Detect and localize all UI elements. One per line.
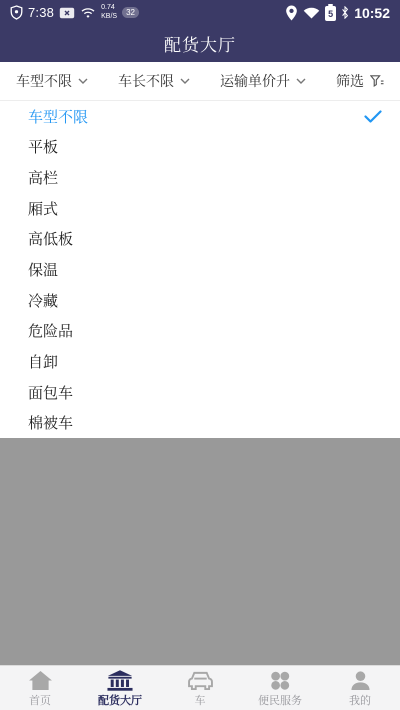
status-bar: 7:38 0.74 KB/S 32 5 [0, 0, 400, 25]
filter-price-sort-label: 运输单价升 [220, 71, 290, 91]
tab-profile[interactable]: 我的 [320, 666, 400, 710]
tab-label: 便民服务 [258, 692, 302, 708]
check-icon [364, 110, 382, 123]
car-icon [187, 670, 214, 691]
dropdown-item-quilt-truck[interactable]: 棉被车 [0, 407, 400, 438]
sim-card-icon [59, 7, 75, 19]
dropdown-item-label: 高低板 [28, 228, 73, 249]
dropdown-item-label: 高栏 [28, 167, 58, 188]
dropdown-item-refrigerated[interactable]: 冷藏 [0, 285, 400, 316]
filter-screen-button[interactable]: 筛选 [336, 71, 384, 91]
filter-vehicle-type-label: 车型不限 [16, 71, 72, 91]
status-time-left: 7:38 [28, 5, 54, 20]
tab-home[interactable]: 首页 [0, 666, 80, 710]
dropdown-item-label: 冷藏 [28, 290, 58, 311]
services-icon [269, 670, 291, 691]
dropdown-item-van[interactable]: 面包车 [0, 377, 400, 408]
chevron-down-icon [78, 78, 88, 84]
filter-price-sort[interactable]: 运输单价升 [220, 71, 306, 91]
status-left-cluster: 7:38 0.74 KB/S 32 [10, 4, 139, 20]
dropdown-item-label: 自卸 [28, 351, 58, 372]
tab-cargo-hall[interactable]: 配货大厅 [80, 666, 160, 710]
tab-vehicle[interactable]: 车 [160, 666, 240, 710]
dropdown-item-dump[interactable]: 自卸 [0, 346, 400, 377]
bluetooth-icon [341, 6, 349, 19]
dropdown-item-dangerous-goods[interactable]: 危险品 [0, 315, 400, 346]
app-screen: 7:38 0.74 KB/S 32 5 [0, 0, 400, 710]
home-icon [28, 670, 53, 691]
tab-label: 我的 [349, 692, 371, 708]
network-speed-value: 0.74 [101, 4, 115, 11]
bottom-tab-bar: 首页 配货大厅 车 便民服务 我的 [0, 665, 400, 710]
network-speed-unit: KB/S [101, 13, 117, 20]
dropdown-item-insulated[interactable]: 保温 [0, 254, 400, 285]
dropdown-item-label: 车型不限 [28, 106, 88, 127]
dropdown-item-label: 危险品 [28, 320, 73, 341]
chevron-down-icon [296, 78, 306, 84]
wifi-signal-icon [80, 6, 96, 19]
battery-level: 5 [325, 6, 336, 21]
filter-bar: 车型不限 车长不限 运输单价升 筛选 [0, 62, 400, 101]
dropdown-item-box[interactable]: 厢式 [0, 193, 400, 224]
shield-icon [10, 5, 23, 20]
battery-icon: 5 [325, 4, 336, 21]
tab-convenience-services[interactable]: 便民服务 [240, 666, 320, 710]
dropdown-item-label: 棉被车 [28, 412, 73, 433]
dropdown-item-high-low-board[interactable]: 高低板 [0, 224, 400, 255]
status-time-right: 10:52 [354, 5, 390, 21]
dropdown-item-label: 平板 [28, 136, 58, 157]
dropdown-item-unlimited[interactable]: 车型不限 [0, 101, 400, 132]
title-bar: 配货大厅 [0, 25, 400, 62]
dropdown-item-label: 保温 [28, 259, 58, 280]
page-title: 配货大厅 [164, 31, 236, 56]
funnel-filter-icon [370, 75, 384, 88]
chevron-down-icon [180, 78, 190, 84]
wifi-icon [303, 6, 320, 19]
tab-label: 首页 [29, 692, 51, 708]
dropdown-item-high-rail[interactable]: 高栏 [0, 162, 400, 193]
filter-vehicle-type[interactable]: 车型不限 [16, 71, 88, 91]
network-speed: 0.74 KB/S [101, 4, 117, 20]
dropdown-item-label: 厢式 [28, 198, 58, 219]
location-pin-icon [285, 5, 298, 21]
bank-icon [107, 670, 133, 691]
filter-vehicle-length-label: 车长不限 [118, 71, 174, 91]
dropdown-item-flatbed[interactable]: 平板 [0, 132, 400, 163]
tab-label: 配货大厅 [98, 692, 142, 708]
filter-vehicle-length[interactable]: 车长不限 [118, 71, 190, 91]
status-right-cluster: 5 10:52 [285, 4, 390, 21]
notification-count-badge: 32 [122, 7, 139, 18]
user-icon [349, 670, 372, 691]
dropdown-mask-overlay[interactable] [0, 438, 400, 665]
tab-label: 车 [195, 692, 206, 708]
filter-screen-label: 筛选 [336, 71, 364, 91]
vehicle-type-dropdown: 车型不限 平板 高栏 厢式 高低板 保温 冷藏 危险品 自卸 面包车 棉被车 [0, 101, 400, 438]
dropdown-item-label: 面包车 [28, 382, 73, 403]
